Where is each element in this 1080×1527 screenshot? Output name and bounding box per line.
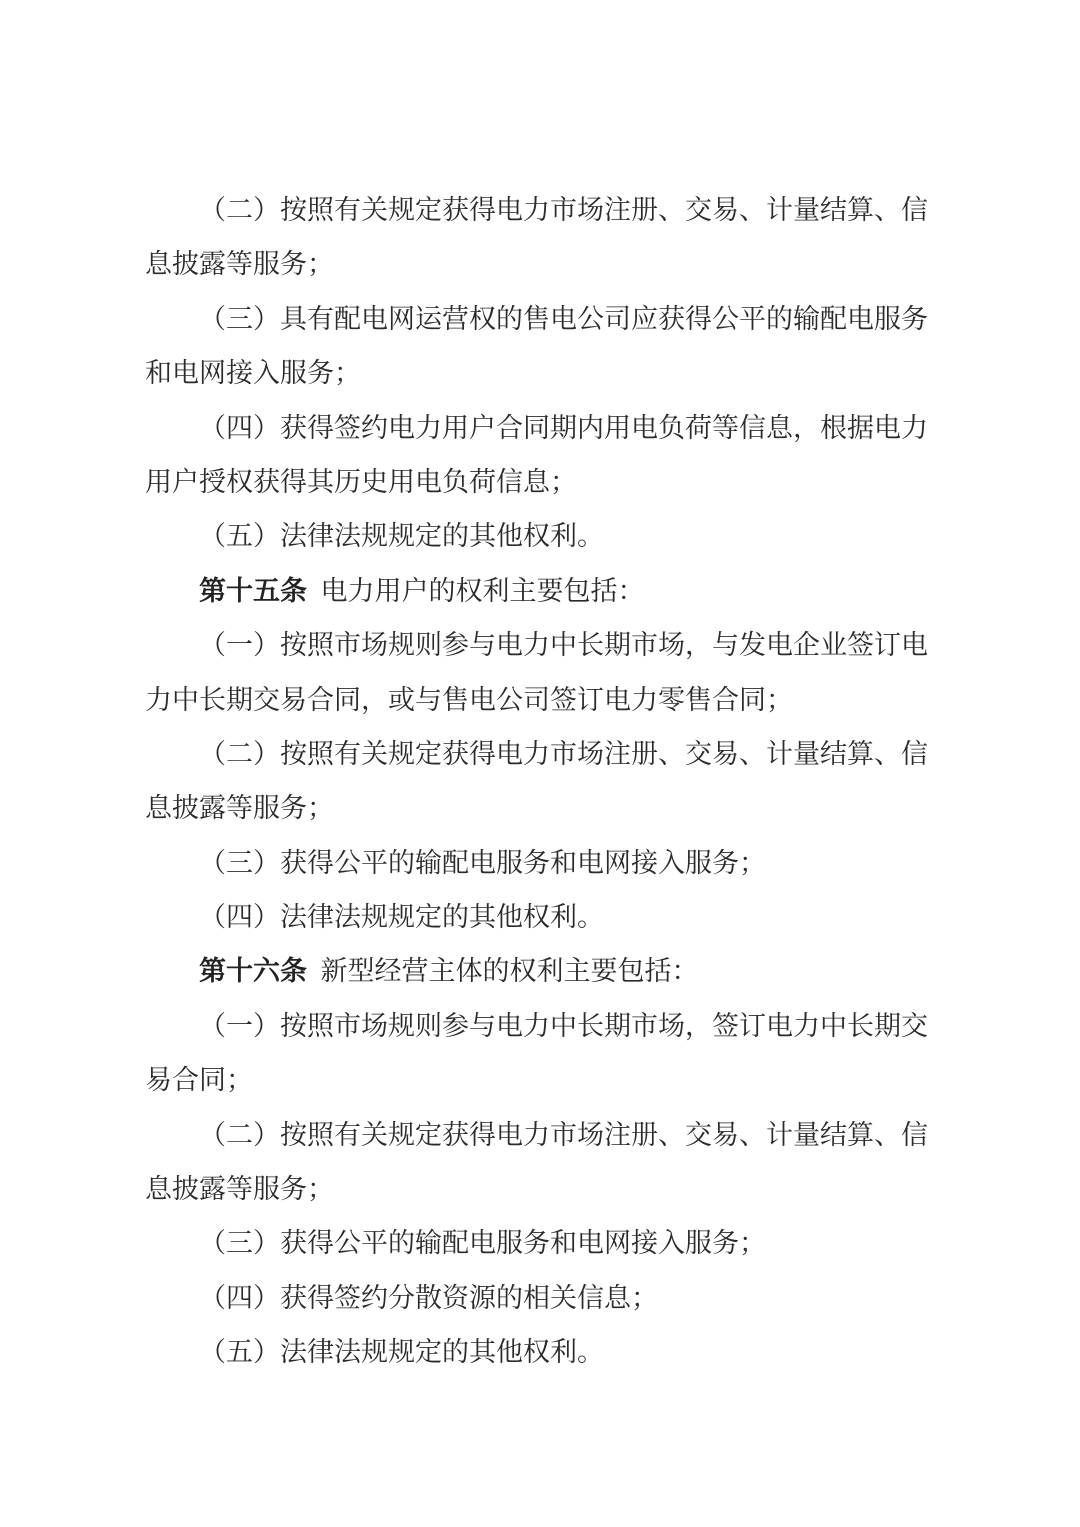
document-line: 和电网接入服务； — [145, 346, 935, 400]
document-line: 第十六条新型经营主体的权利主要包括： — [145, 944, 935, 998]
article-number-label: 第十五条 — [199, 576, 307, 606]
line-text: （三）获得公平的输配电服务和电网接入服务； — [199, 1228, 766, 1258]
document-line: （四）获得签约分散资源的相关信息； — [145, 1271, 935, 1325]
line-text: 和电网接入服务； — [145, 358, 361, 388]
document-line: 息披露等服务； — [145, 237, 935, 291]
line-text: 息披露等服务； — [145, 249, 334, 279]
line-text: 易合同； — [145, 1065, 253, 1095]
line-text: （四）获得签约电力用户合同期内用电负荷等信息，根据电力 — [199, 413, 928, 443]
line-text: （三）具有配电网运营权的售电公司应获得公平的输配电服务 — [199, 304, 928, 334]
document-line: （四）法律法规规定的其他权利。 — [145, 890, 935, 944]
document-line: （五）法律法规规定的其他权利。 — [145, 1325, 935, 1379]
document-line: 力中长期交易合同，或与售电公司签订电力零售合同； — [145, 673, 935, 727]
line-text: 电力用户的权利主要包括： — [321, 576, 645, 606]
document-line: （一）按照市场规则参与电力中长期市场，签订电力中长期交 — [145, 999, 935, 1053]
line-text: （一）按照市场规则参与电力中长期市场，与发电企业签订电 — [199, 630, 928, 660]
document-line: （三）获得公平的输配电服务和电网接入服务； — [145, 1216, 935, 1270]
line-text: （三）获得公平的输配电服务和电网接入服务； — [199, 848, 766, 878]
line-text: （五）法律法规规定的其他权利。 — [199, 521, 604, 551]
line-text: （二）按照有关规定获得电力市场注册、交易、计量结算、信 — [199, 1120, 928, 1150]
line-text: 新型经营主体的权利主要包括： — [321, 956, 699, 986]
document-line: （四）获得签约电力用户合同期内用电负荷等信息，根据电力 — [145, 401, 935, 455]
line-text: （一）按照市场规则参与电力中长期市场，签订电力中长期交 — [199, 1011, 928, 1041]
document-line: 第十五条电力用户的权利主要包括： — [145, 564, 935, 618]
document-line: （二）按照有关规定获得电力市场注册、交易、计量结算、信 — [145, 727, 935, 781]
line-text: 力中长期交易合同，或与售电公司签订电力零售合同； — [145, 685, 793, 715]
line-text: （四）法律法规规定的其他权利。 — [199, 902, 604, 932]
line-text: （二）按照有关规定获得电力市场注册、交易、计量结算、信 — [199, 739, 928, 769]
document-line: （一）按照市场规则参与电力中长期市场，与发电企业签订电 — [145, 618, 935, 672]
line-text: 息披露等服务； — [145, 1174, 334, 1204]
document-line: （二）按照有关规定获得电力市场注册、交易、计量结算、信 — [145, 1108, 935, 1162]
document-line: （二）按照有关规定获得电力市场注册、交易、计量结算、信 — [145, 183, 935, 237]
line-text: 用户授权获得其历史用电负荷信息； — [145, 467, 577, 497]
line-text: （二）按照有关规定获得电力市场注册、交易、计量结算、信 — [199, 195, 928, 225]
document-line: 用户授权获得其历史用电负荷信息； — [145, 455, 935, 509]
document-line: 息披露等服务； — [145, 781, 935, 835]
line-text: （五）法律法规规定的其他权利。 — [199, 1337, 604, 1367]
document-line: （三）获得公平的输配电服务和电网接入服务； — [145, 836, 935, 890]
document-line: （五）法律法规规定的其他权利。 — [145, 509, 935, 563]
line-text: 息披露等服务； — [145, 793, 334, 823]
document-line: （三）具有配电网运营权的售电公司应获得公平的输配电服务 — [145, 292, 935, 346]
document-line: 易合同； — [145, 1053, 935, 1107]
document-line: 息披露等服务； — [145, 1162, 935, 1216]
document-body: （二）按照有关规定获得电力市场注册、交易、计量结算、信 息披露等服务； （三）具… — [145, 183, 935, 1380]
line-text: （四）获得签约分散资源的相关信息； — [199, 1283, 658, 1313]
document-page: （二）按照有关规定获得电力市场注册、交易、计量结算、信 息披露等服务； （三）具… — [0, 0, 1080, 1527]
article-number-label: 第十六条 — [199, 956, 307, 986]
